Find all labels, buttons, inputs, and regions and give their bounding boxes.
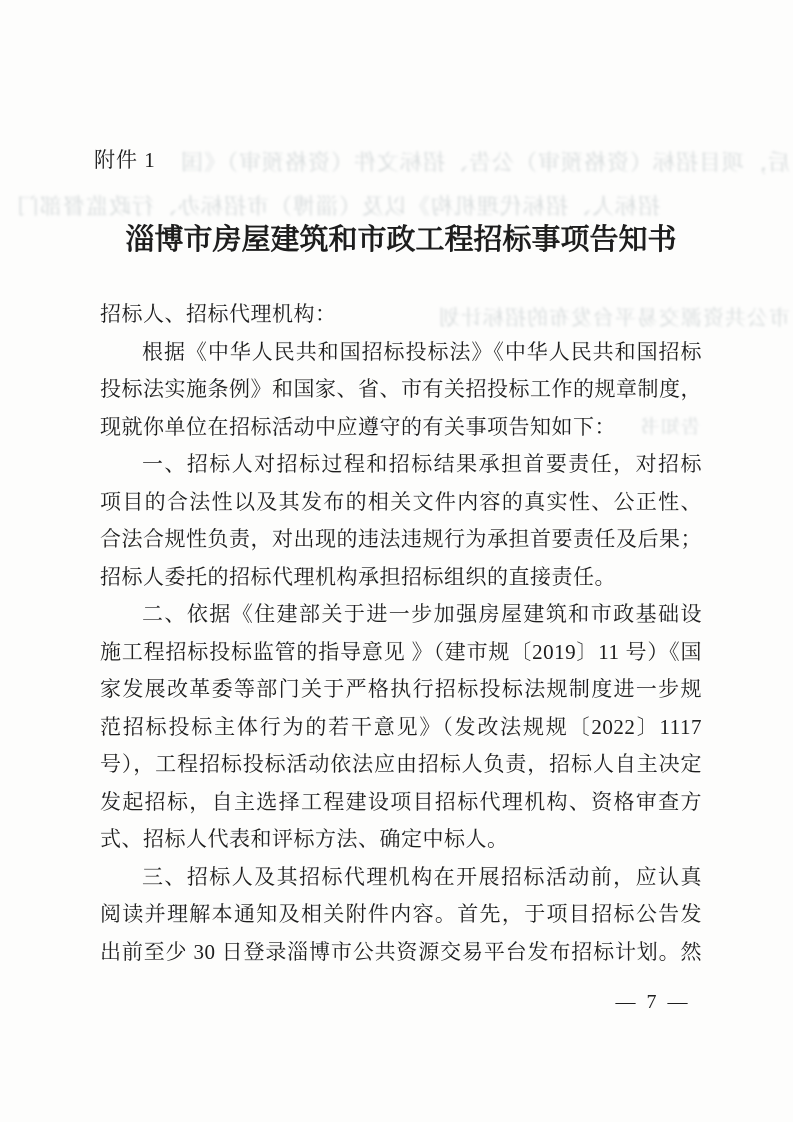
body-line: 投标法实施条例》和国家、省、市有关招投标工作的规章制度， [100, 371, 702, 409]
body-line: 施工程招标投标监管的指导意见 》（建市规〔2019〕11 号）《国 [100, 634, 702, 672]
attachment-label: 附件 1 [94, 144, 156, 174]
body-line: 家发展改革委等部门关于严格执行招标投标法规制度进一步规 [100, 671, 702, 709]
body-line: 出前至少 30 日登录淄博市公共资源交易平台发布招标计划。然 [100, 934, 702, 972]
body-line: 发起招标，自主选择工程建设项目招标代理机构、资格审查方 [100, 784, 702, 822]
body-line: 合法合规性负责，对出现的违法违规行为承担首要责任及后果； [100, 521, 702, 559]
body-line: 二、依据《住建部关于进一步加强房屋建筑和市政基础设 [100, 596, 702, 634]
body-line: 范招标投标主体行为的若干意见》（发改法规规〔2022〕1117 [100, 709, 702, 747]
body-line: 项目的合法性以及其发布的相关文件内容的真实性、公正性、 [100, 484, 702, 522]
salutation: 招标人、招标代理机构： [100, 296, 702, 334]
scanned-document-page: 后，项目招标（资格预审）公告、招标文件（资格预审）《国 招标人、招标代理机构》以… [0, 0, 793, 1122]
body-line: 三、招标人及其招标代理机构在开展招标活动前，应认真 [100, 859, 702, 897]
bleedthrough-text-line: 后，项目招标（资格预审）公告、招标文件（资格预审）《国 [160, 146, 790, 177]
page-number: — 7 — [593, 991, 713, 1014]
body-line: 现就你单位在招标活动中应遵守的有关事项告知如下： [100, 409, 702, 447]
body-line: 一、招标人对招标过程和招标结果承担首要责任，对招标 [100, 446, 702, 484]
body-line: 根据《中华人民共和国招标投标法》《中华人民共和国招标 [100, 334, 702, 372]
document-body: 招标人、招标代理机构： 根据《中华人民共和国招标投标法》《中华人民共和国招标 投… [100, 296, 702, 971]
body-line: 号），工程招标投标活动依法应由招标人负责，招标人自主决定 [100, 746, 702, 784]
body-line: 阅读并理解本通知及相关附件内容。首先，于项目招标公告发 [100, 896, 702, 934]
body-line: 招标人委托的招标代理机构承担招标组织的直接责任。 [100, 559, 702, 597]
document-title: 淄博市房屋建筑和市政工程招标事项告知书 [100, 217, 702, 258]
body-line: 式、招标人代表和评标方法、确定中标人。 [100, 821, 702, 859]
